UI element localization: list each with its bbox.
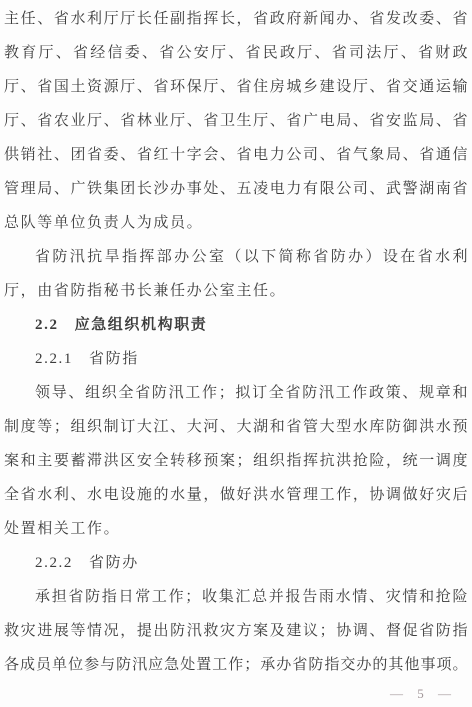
- text-line: 教育厅、省经信委、省公安厅、省民政厅、省司法厅、省财政: [4, 36, 468, 70]
- section-heading: 2.2 应急组织机构职责: [4, 308, 468, 342]
- text-line: 案和主要蓄滞洪区安全转移预案；组织指挥抗洪抢险，统一调度: [4, 444, 468, 478]
- document-page: 主任、省水利厅厅长任副指挥长，省政府新闻办、省发改委、省教育厅、省经信委、省公安…: [0, 0, 472, 707]
- text-line: 总队等单位负责人为成员。: [4, 206, 468, 240]
- text-line: 全省水利、水电设施的水量，做好洪水管理工作，协调做好灾后: [4, 478, 468, 512]
- text-line: 厅，由省防指秘书长兼任办公室主任。: [4, 274, 468, 308]
- text-line: 救灾进展等情况，提出防汛救灾方案及建议；协调、督促省防指: [4, 614, 468, 648]
- text-line: 省防汛抗旱指挥部办公室（以下简称省防办）设在省水利: [4, 240, 468, 274]
- section-heading: 2.2.2 省防办: [4, 546, 468, 580]
- section-heading: 2.2.1 省防指: [4, 342, 468, 376]
- text-line: 承担省防指日常工作；收集汇总并报告雨水情、灾情和抢险: [4, 580, 468, 614]
- text-line: 各成员单位参与防汛应急处置工作；承办省防指交办的其他事项。: [4, 648, 468, 682]
- text-line: 领导、组织全省防汛工作；拟订全省防汛工作政策、规章和: [4, 376, 468, 410]
- document-body: 主任、省水利厅厅长任副指挥长，省政府新闻办、省发改委、省教育厅、省经信委、省公安…: [4, 2, 468, 682]
- text-line: 主任、省水利厅厅长任副指挥长，省政府新闻办、省发改委、省: [4, 2, 468, 36]
- text-line: 厅、省国土资源厅、省环保厅、省住房城乡建设厅、省交通运输: [4, 70, 468, 104]
- text-line: 制度等；组织制订大江、大河、大湖和省管大型水库防御洪水预: [4, 410, 468, 444]
- text-line: 处置相关工作。: [4, 512, 468, 546]
- text-line: 供销社、团省委、省红十字会、省电力公司、省气象局、省通信: [4, 138, 468, 172]
- text-line: 管理局、广铁集团长沙办事处、五凌电力有限公司、武警湖南省: [4, 172, 468, 206]
- page-number: — 5 —: [4, 682, 468, 705]
- text-line: 厅、省农业厅、省林业厅、省卫生厅、省广电局、省安监局、省: [4, 104, 468, 138]
